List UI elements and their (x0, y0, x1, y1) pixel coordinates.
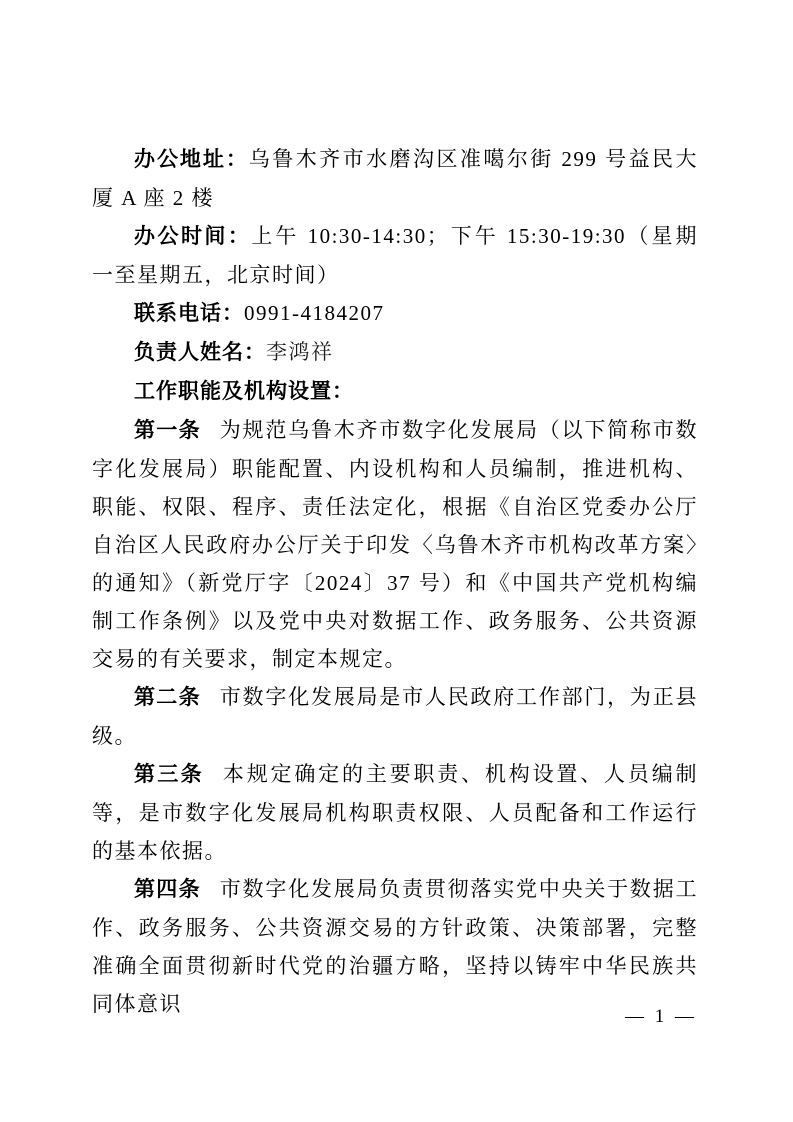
office-address-label: 办公地址： (134, 148, 249, 171)
paragraph-office-hours: 办公时间：上午 10:30-14:30；下午 15:30-19:30（星期一至星… (92, 217, 698, 294)
document-page: 办公地址：乌鲁木齐市水磨沟区准噶尔街 299 号益民大厦 A 座 2 楼 办公时… (0, 0, 793, 1122)
paragraph-office-address: 办公地址：乌鲁木齐市水磨沟区准噶尔街 299 号益民大厦 A 座 2 楼 (92, 140, 698, 217)
article-4-label: 第四条 (134, 878, 201, 901)
paragraph-article-4: 第四条市数字化发展局负责贯彻落实党中央关于数据工作、政务服务、公共资源交易的方针… (92, 870, 698, 1023)
article-1-text: 为规范乌鲁木齐市数字化发展局（以下简称市数字化发展局）职能配置、内设机构和人员编… (92, 418, 721, 671)
paragraph-person-in-charge: 负责人姓名：李鸿祥 (92, 333, 698, 372)
contact-phone-value: 0991-4184207 (244, 301, 385, 325)
functions-heading-label: 工作职能及机构设置： (134, 380, 354, 403)
person-in-charge-label: 负责人姓名： (134, 341, 266, 364)
paragraph-article-1: 第一条为规范乌鲁木齐市数字化发展局（以下简称市数字化发展局）职能配置、内设机构和… (92, 411, 698, 678)
paragraph-article-3: 第三条本规定确定的主要职责、机构设置、人员编制等，是市数字化发展局机构职责权限、… (92, 755, 698, 870)
paragraph-functions-heading: 工作职能及机构设置： (92, 372, 698, 411)
article-3-label: 第三条 (134, 763, 204, 786)
paragraph-contact-phone: 联系电话：0991-4184207 (92, 294, 698, 333)
office-hours-label: 办公时间： (134, 225, 251, 248)
article-2-label: 第二条 (134, 686, 201, 709)
document-body: 办公地址：乌鲁木齐市水磨沟区准噶尔街 299 号益民大厦 A 座 2 楼 办公时… (92, 140, 698, 1023)
contact-phone-label: 联系电话： (134, 302, 244, 325)
person-in-charge-value: 李鸿祥 (266, 340, 334, 364)
article-1-label: 第一条 (134, 419, 201, 442)
page-number: — 1 — (625, 1004, 697, 1030)
paragraph-article-2: 第二条市数字化发展局是市人民政府工作部门，为正县级。 (92, 678, 698, 755)
